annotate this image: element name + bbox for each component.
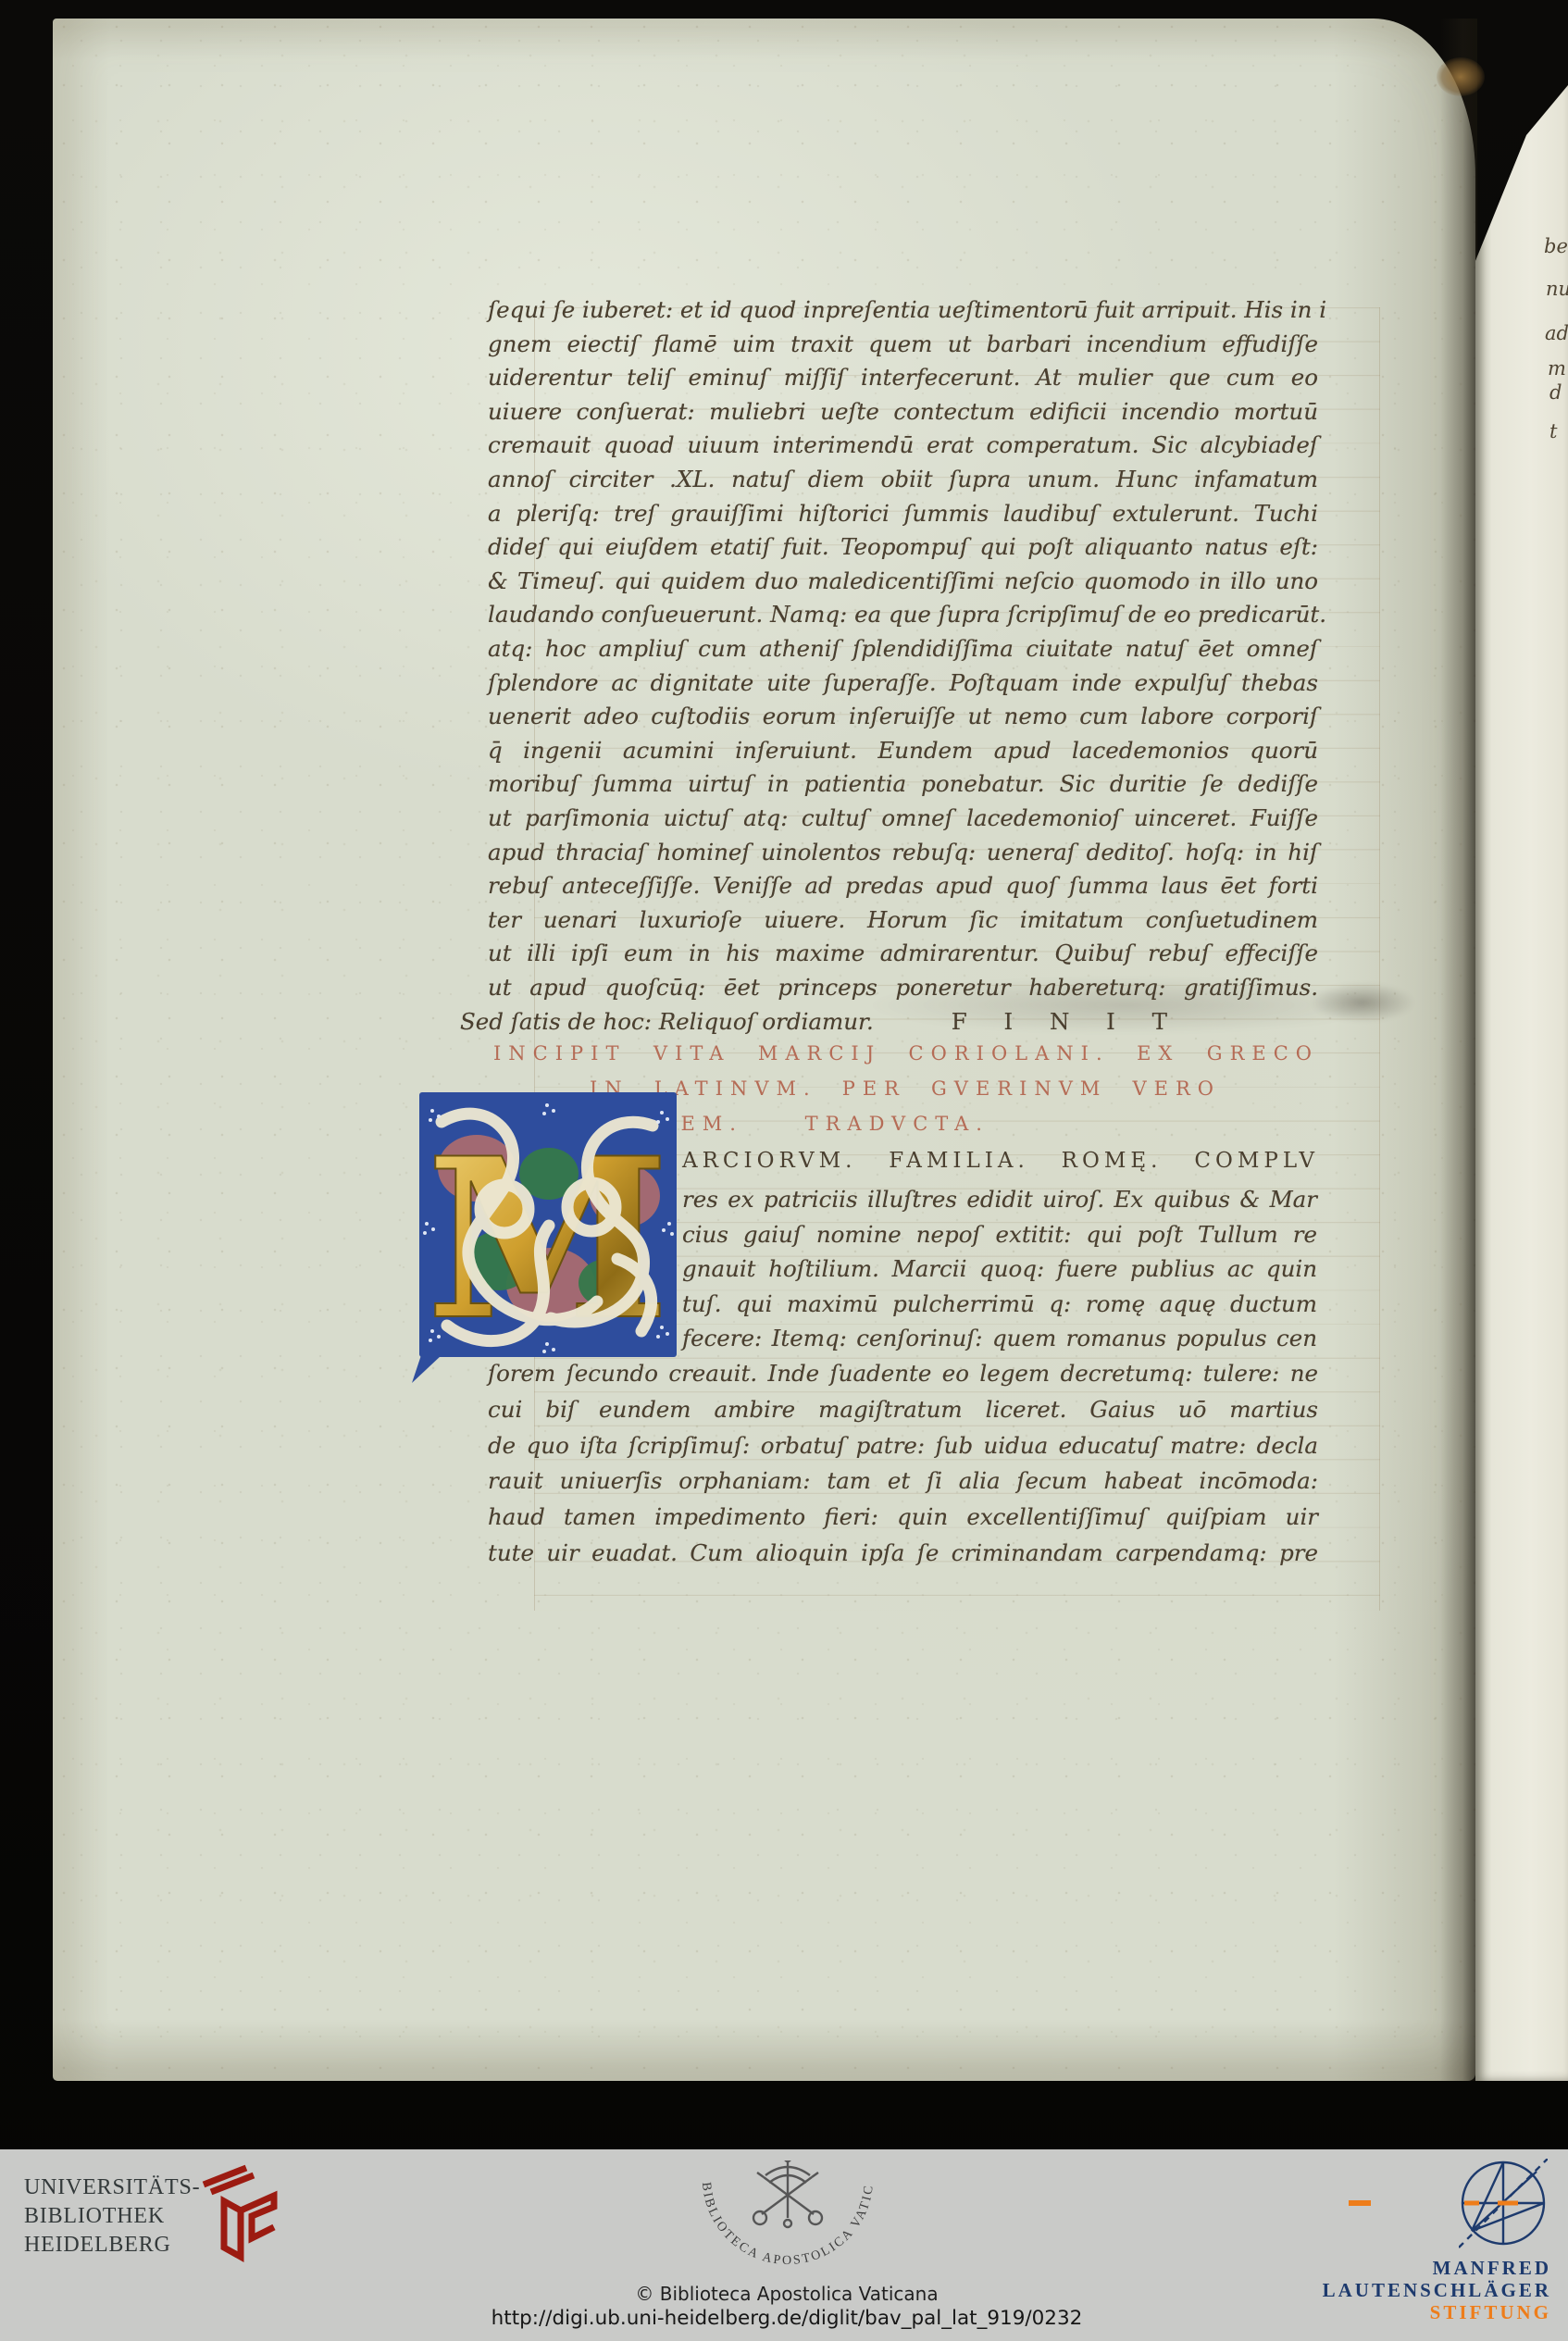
text-line: apud thraciaſ homineſ uinolentos rebuſq:… bbox=[488, 836, 1318, 870]
binding-wear-spot bbox=[1437, 57, 1485, 96]
ub-word-line: UNIVERSITÄTS- bbox=[24, 2173, 200, 2202]
mls-compass-icon bbox=[1459, 2159, 1548, 2251]
mls-orange-dash bbox=[1349, 2200, 1371, 2206]
smudge-stain bbox=[1312, 983, 1413, 1022]
ub-heidelberg-book-icon bbox=[193, 2160, 285, 2262]
facing-text-fragment: be bbox=[1544, 235, 1568, 257]
mls-word-line: MANFRED bbox=[1148, 2257, 1551, 2279]
mls-wordmark: MANFRED LAUTENSCHLÄGER STIFTUNG bbox=[1148, 2257, 1551, 2323]
text-line: moribuſ ſumma uirtuſ in patientia poneba… bbox=[488, 767, 1318, 802]
lower-text-block: ſorem ſecundo creauit. Inde ſuadente eo … bbox=[488, 1356, 1318, 1572]
illuminated-initial-m: M bbox=[410, 1089, 688, 1385]
text-line: gnauit hoſtilium. Marcii quoq: fuere pub… bbox=[682, 1251, 1317, 1287]
text-line: dideſ qui eiuſdem etatiſ fuit. Teopompuſ… bbox=[488, 530, 1318, 565]
text-line: uenerit adeo cuſtodiis eorum inſeruiſſe … bbox=[488, 700, 1318, 734]
explicit-line: Sed ſatis de hoc: Reliquoſ ordiamur. F I… bbox=[460, 1008, 1321, 1035]
text-line: tuſ. qui maximū pulcherrimū q: romę aquę… bbox=[682, 1287, 1317, 1322]
ub-heidelberg-wordmark: UNIVERSITÄTS- BIBLIOTHEK HEIDELBERG bbox=[24, 2173, 200, 2260]
text-line: cui biſ eundem ambire magiſtratum licere… bbox=[488, 1392, 1318, 1428]
chapter-opening-caps: ARCIORVM. FAMILIA. ROMĘ. COMPLV bbox=[682, 1149, 1319, 1173]
mls-word-line: STIFTUNG bbox=[1148, 2301, 1551, 2323]
text-line: ut illi ipſi eum in his maxime admiraren… bbox=[488, 937, 1318, 971]
text-line: tute uir euadat. Cum alioquin ipſa ſe cr… bbox=[488, 1536, 1318, 1572]
facing-text-fragment: ad bbox=[1545, 322, 1568, 344]
text-line: ut apud quoſcūq: ēet princeps poneretur … bbox=[488, 971, 1318, 1005]
mls-word-line: LAUTENSCHLÄGER bbox=[1148, 2279, 1551, 2301]
facing-text-fragment: t bbox=[1549, 420, 1557, 442]
text-line: fecere: Itemq: cenſorinuſ: quem romanus … bbox=[682, 1321, 1317, 1356]
text-line: de quo iſta ſcripſimuſ: orbatuſ patre: ſ… bbox=[488, 1428, 1318, 1464]
text-line: annoſ circiter .XL. natuſ diem obiit ſup… bbox=[488, 463, 1318, 497]
main-text-block: ſequi ſe iuberet: et id quod inpreſentia… bbox=[488, 293, 1318, 1004]
text-line: atq: hoc ampliuſ cum atheniſ ſplendidiſſ… bbox=[488, 632, 1318, 666]
ub-word-line: HEIDELBERG bbox=[24, 2231, 200, 2260]
text-line: & Timeuſ. qui quidem duo maledicentiſſim… bbox=[488, 565, 1318, 599]
facing-text-fragment: m bbox=[1548, 357, 1566, 380]
text-line: rebuſ anteceſſiſſe. Veniſſe ad predas ap… bbox=[488, 869, 1318, 903]
indented-text-block: res ex patriciis illuſtres edidit uiroſ.… bbox=[682, 1182, 1317, 1356]
vatican-seal-icon: BIBLIOTECA APOSTOLICA VATICANA bbox=[690, 2160, 886, 2277]
page-gutter-shadow bbox=[1440, 19, 1477, 2081]
text-line: ſequi ſe iuberet: et id quod inpreſentia… bbox=[488, 293, 1318, 328]
text-line: cremauit quoad uiuum interimendū erat co… bbox=[488, 429, 1318, 463]
text-line: a pleriſq: treſ grauiſſimi hiſtorici ſum… bbox=[488, 497, 1318, 531]
text-line: ſorem ſecundo creauit. Inde ſuadente eo … bbox=[488, 1356, 1318, 1392]
facing-text-fragment: nu bbox=[1546, 278, 1568, 300]
finit-label: F I N I T bbox=[952, 1008, 1182, 1035]
explicit-text: Sed ſatis de hoc: Reliquoſ ordiamur. bbox=[460, 1008, 874, 1035]
text-line: ter uenari luxurioſe uiuere. Horum ſic i… bbox=[488, 903, 1318, 938]
scan-stage: ſequi ſe iuberet: et id quod inpreſentia… bbox=[0, 0, 1568, 2341]
text-line: haud tamen impedimento fieri: quin excel… bbox=[488, 1500, 1318, 1536]
text-line: rauit uniuerſis orphaniam: tam et ſi ali… bbox=[488, 1463, 1318, 1500]
facing-page-sliver: be nu ad m d t bbox=[1475, 80, 1568, 2081]
text-line: res ex patriciis illuſtres edidit uiroſ.… bbox=[682, 1182, 1317, 1217]
text-line: q̄ ingenii acumini inſeruiunt. Eundem ap… bbox=[488, 734, 1318, 768]
rubric-line: INCIPIT VITA MARCIJ CORIOLANI. EX GRECO bbox=[493, 1042, 1319, 1065]
copyright-line: © Biblioteca Apostolica Vaticana bbox=[463, 2283, 1111, 2305]
facing-text-fragment: d bbox=[1549, 381, 1562, 404]
footer-bar: UNIVERSITÄTS- BIBLIOTHEK HEIDELBERG bbox=[0, 2149, 1568, 2341]
text-line: uiderentur teliſ eminuſ miſſiſ interfece… bbox=[488, 361, 1318, 395]
text-line: uiuere conſuerat: muliebri ueſte contect… bbox=[488, 395, 1318, 430]
text-line: cius gaiuſ nomine nepoſ extitit: qui poſ… bbox=[682, 1217, 1317, 1252]
text-line: ut parſimonia uictuſ atq: cultuſ omneſ l… bbox=[488, 802, 1318, 836]
source-url: http://digi.ub.uni-heidelberg.de/diglit/… bbox=[305, 2307, 1268, 2330]
text-line: laudando conſueuerunt. Namq: ea que ſupr… bbox=[488, 598, 1318, 632]
ub-word-line: BIBLIOTHEK bbox=[24, 2202, 200, 2231]
text-line: gnem eiectiſ flamē uim traxit quem ut ba… bbox=[488, 328, 1318, 362]
text-line: ſplendore ac dignitate uite ſuperaſſe. P… bbox=[488, 666, 1318, 701]
